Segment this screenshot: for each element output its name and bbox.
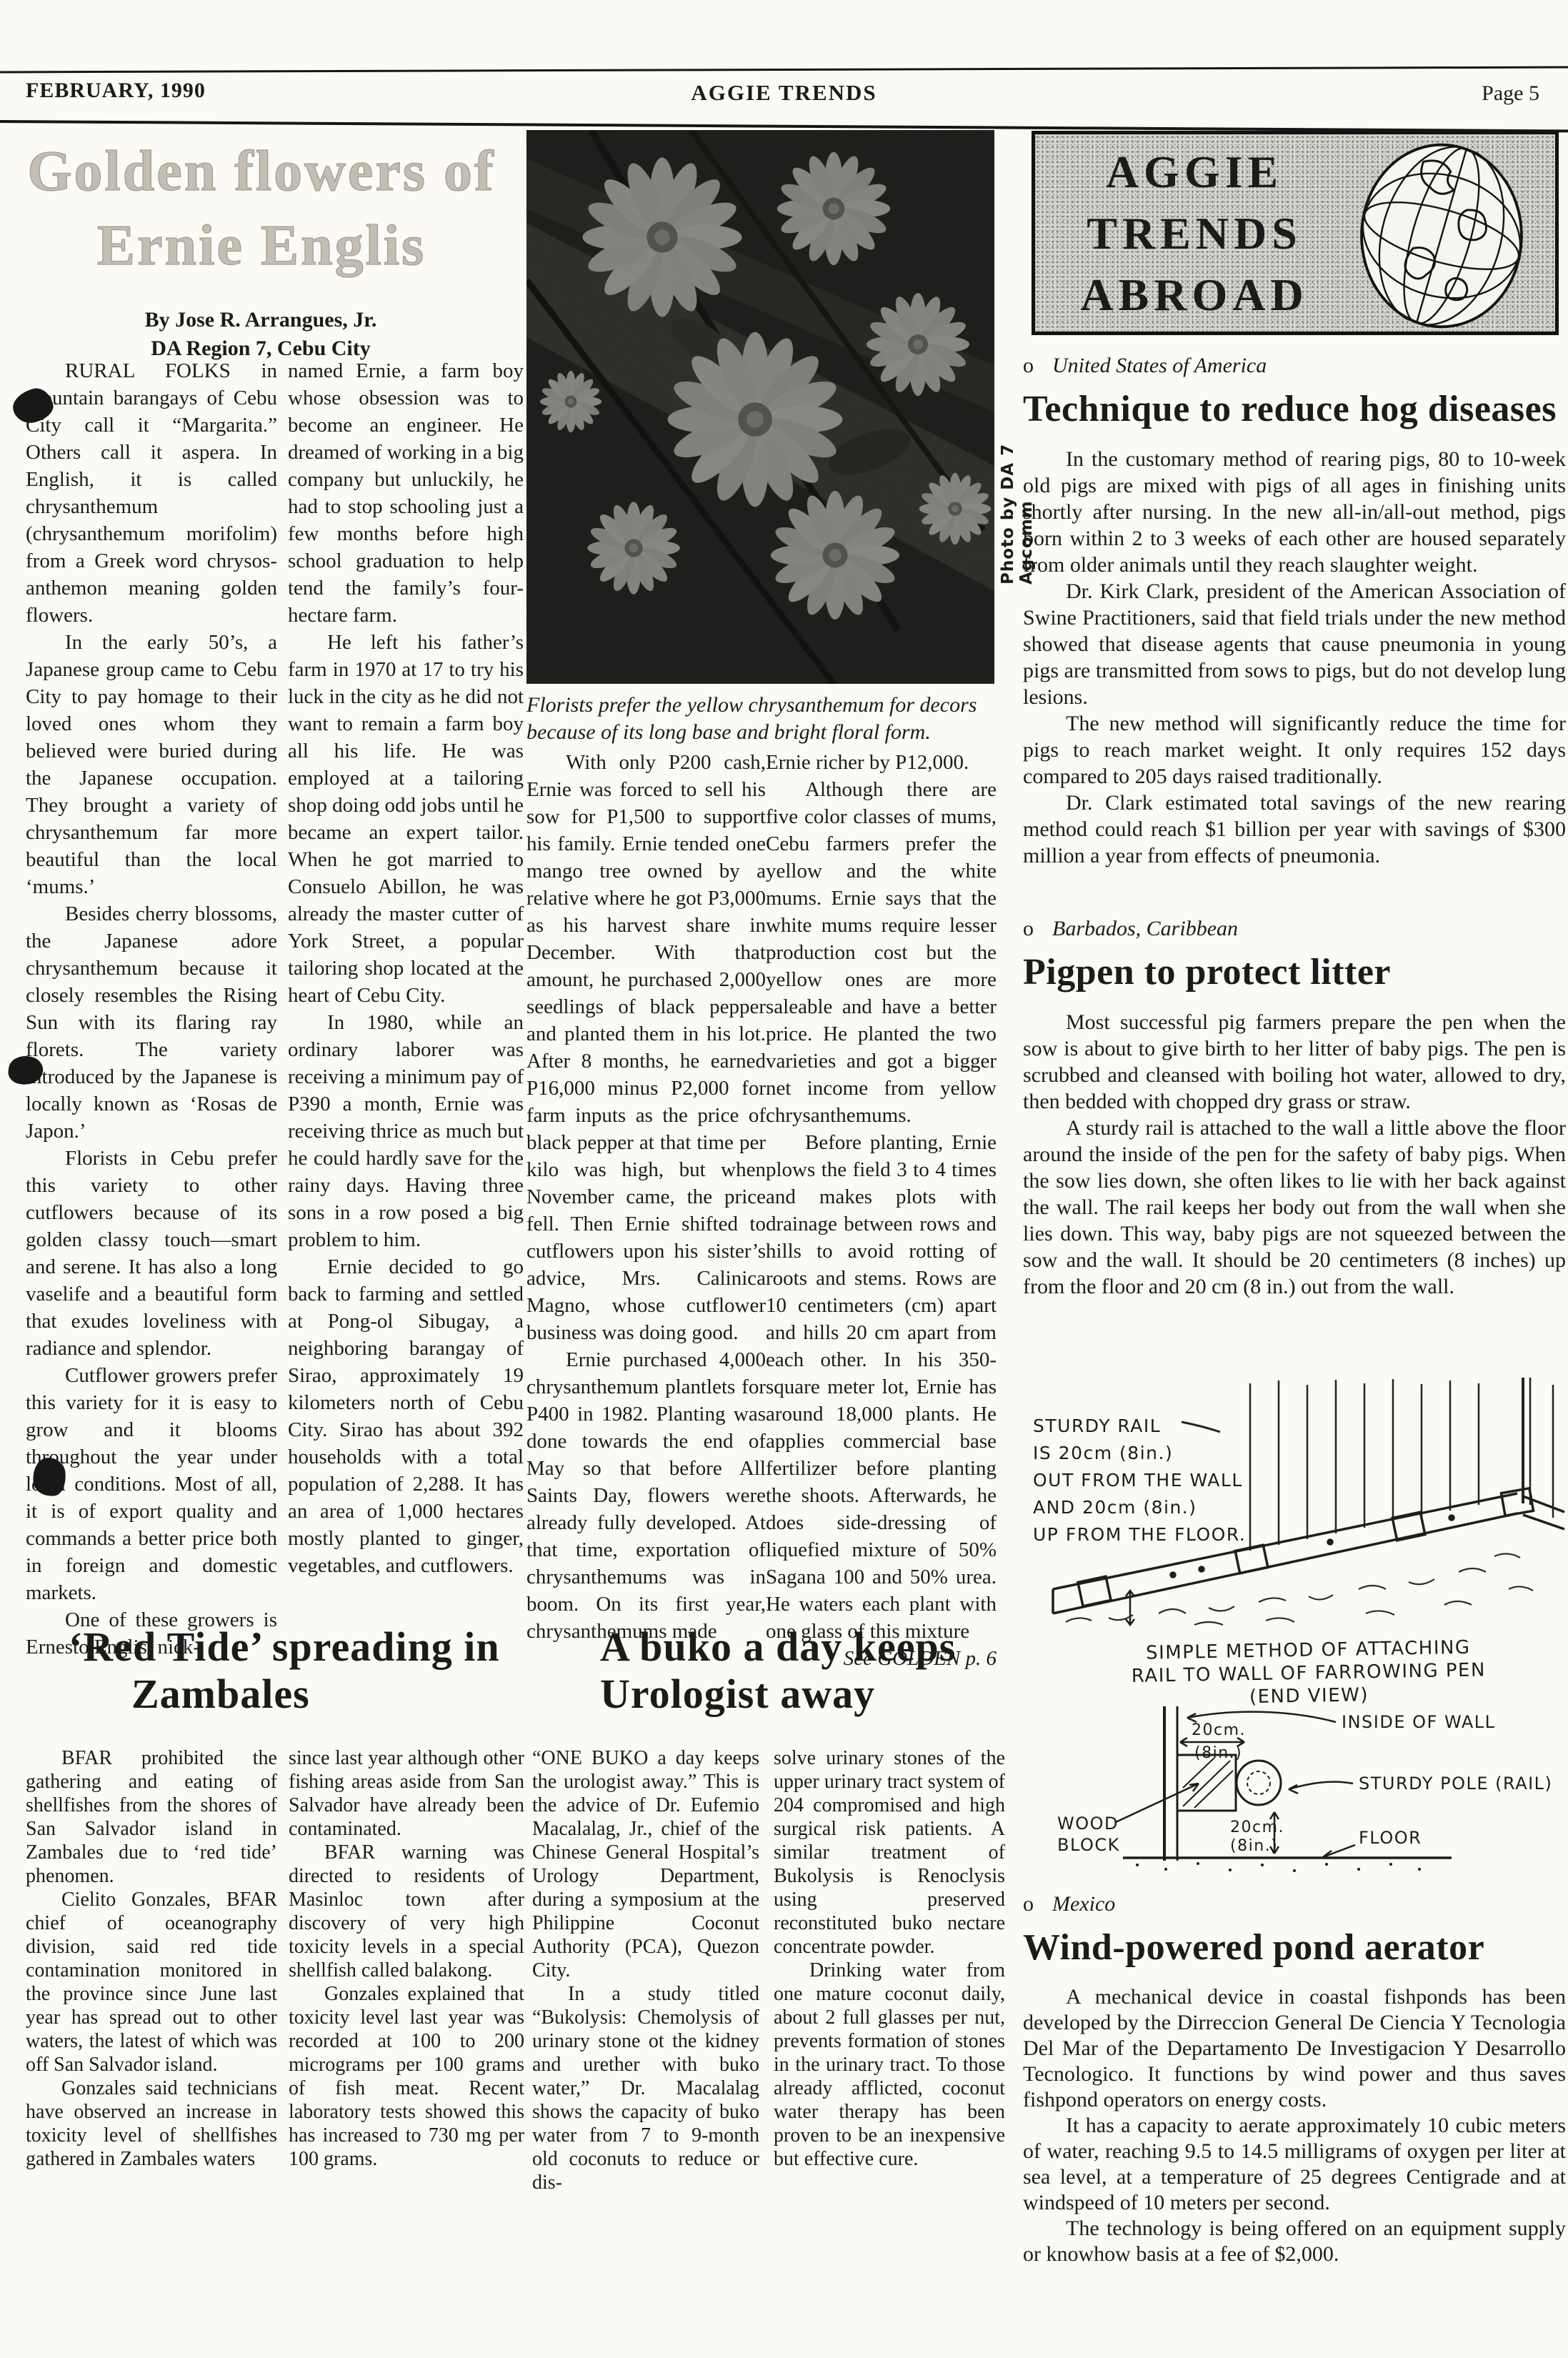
article-paragraph: Ernie purchased 4,000 chrysanthemum plan… <box>526 1346 766 1645</box>
headline-line2: Zambales <box>131 1671 526 1718</box>
label-sturdy-pole: STURDY POLE (RAIL) <box>1359 1774 1552 1794</box>
lead-column-2: named Ernie, a farm boy whose obsession … <box>288 357 524 1579</box>
newspaper-page: FEBRUARY, 1990 AGGIE TRENDS Page 5 Golde… <box>0 0 1568 2358</box>
annotation-line: AND 20cm (8in.) <box>1033 1497 1197 1518</box>
lead-column-3: With only P200 cash, Ernie was forced to… <box>526 749 766 1645</box>
article-paragraph: With only P200 cash, Ernie was forced to… <box>526 749 766 1346</box>
article-paragraph: A sturdy rail is attached to the wall a … <box>1023 1115 1566 1300</box>
masthead-rule-top <box>0 66 1568 74</box>
article-buko: A buko a day keeps Urologist away “ONE B… <box>532 1623 1007 1718</box>
article-paragraph: RURAL FOLKS in mountain barangays of Ceb… <box>26 357 277 629</box>
article-paragraph: The new method will significantly reduce… <box>1023 710 1566 790</box>
end-view-caption: SIMPLE METHOD OF ATTACHING RAIL TO WALL … <box>1131 1636 1487 1710</box>
ground-speckles <box>1136 1862 1421 1872</box>
chrysanthemum-photo-art <box>526 130 994 684</box>
straw-bedding-strokes <box>1066 1553 1533 1625</box>
pen-wall-planks <box>1250 1378 1553 1551</box>
lead-headline-line2: Ernie Englis <box>26 209 497 283</box>
lead-column-1: RURAL FOLKS in mountain barangays of Ceb… <box>26 357 277 1661</box>
dimension-vertical: (8in.) <box>1230 1837 1278 1855</box>
globe-icon <box>1338 139 1545 333</box>
article-paragraph: Drinking water from one mature coconut d… <box>774 1959 1005 2171</box>
article-paragraph: Ernie richer by P12,000. <box>766 749 997 776</box>
red-tide-column-1: BFAR prohibited the gathering and eating… <box>26 1746 277 2171</box>
article-paragraph: “ONE BUKO a day keeps the urologist away… <box>532 1746 759 1982</box>
farrowing-pen-end-view: SIMPLE METHOD OF ATTACHING RAIL TO WALL … <box>1023 1635 1567 1884</box>
abroad-title-line3: ABROAD <box>1041 264 1348 326</box>
lead-headline: Golden flowers of Ernie Englis <box>26 134 497 283</box>
article-paragraph: Ernie decided to go back to farming and … <box>288 1253 524 1579</box>
article-headline: A buko a day keeps Urologist away <box>600 1623 1007 1718</box>
article-paragraph: Dr. Clark estimated total savings of the… <box>1023 790 1566 869</box>
article-paragraph: The technology is being offered on an eq… <box>1023 2216 1566 2267</box>
annotation-line: UP FROM THE FLOOR. <box>1033 1524 1246 1545</box>
article-headline: Technique to reduce hog diseases <box>1023 388 1566 430</box>
dimension-horizontal: 20cm. <box>1192 1721 1246 1739</box>
article-paragraph: In a study titled “Bukolysis: Chemolysis… <box>532 1982 759 2194</box>
article-paragraph: BFAR warning was directed to residents o… <box>289 1841 524 1982</box>
article-headline: Wind-powered pond aerator <box>1023 1926 1566 1969</box>
dateline: oMexico <box>1023 1892 1566 1916</box>
annotation-line: STURDY RAIL <box>1033 1416 1161 1436</box>
photo-caption: Florists prefer the yellow chrysanthemum… <box>526 692 997 746</box>
article-red-tide: ‘Red Tide’ spreading in Zambales BFAR pr… <box>26 1623 526 1718</box>
buko-column-2: solve urinary stones of the upper urinar… <box>774 1746 1005 2171</box>
lead-headline-line1: Golden flowers of <box>26 134 497 209</box>
article-headline: ‘Red Tide’ spreading in Zambales <box>69 1623 526 1718</box>
article-paragraph: named Ernie, a farm boy whose obsession … <box>288 357 524 629</box>
article-paragraph: Cielito Gonzales, BFAR chief of oceanogr… <box>26 1888 277 2076</box>
article-pond-aerator: oMexico Wind-powered pond aerator A mech… <box>1023 1892 1566 2267</box>
article-pigpen: oBarbados, Caribbean Pigpen to protect l… <box>1023 917 1566 1300</box>
byline-author: By Jose R. Arrangues, Jr. <box>43 306 479 334</box>
rail-sketch-annotation: STURDY RAIL IS 20cm (8in.) OUT FROM THE … <box>1033 1416 1246 1545</box>
chrysanthemum-photo <box>526 130 994 684</box>
article-paragraph: Before planting, Ernie plows the field 3… <box>766 1129 997 1645</box>
caption-line: (END VIEW) <box>1249 1684 1369 1708</box>
masthead-page-number: Page 5 <box>1482 81 1539 106</box>
article-paragraph: Besides cherry blossoms, the Japanese ad… <box>26 900 277 1145</box>
buko-column-1: “ONE BUKO a day keeps the urologist away… <box>532 1746 759 2194</box>
dateline-marker: o <box>1023 917 1034 940</box>
article-hog-diseases: oUnited States of America Technique to r… <box>1023 354 1566 869</box>
article-paragraph: Most successful pig farmers prepare the … <box>1023 1009 1566 1115</box>
abroad-title-line1: AGGIE <box>1041 141 1348 203</box>
end-view-labels: INSIDE OF WALL STURDY POLE (RAIL) WOOD B… <box>1057 1712 1552 1855</box>
dateline-place: United States of America <box>1052 354 1267 377</box>
caption-line: RAIL TO WALL OF FARROWING PEN <box>1132 1659 1487 1687</box>
article-paragraph: A mechanical device in coastal fishponds… <box>1023 1984 1566 2113</box>
byline: By Jose R. Arrangues, Jr. DA Region 7, C… <box>43 306 479 363</box>
headline-line1: A buko a day keeps <box>600 1623 1007 1671</box>
article-body: A mechanical device in coastal fishponds… <box>1023 1984 1566 2267</box>
article-paragraph: Although there are five color classes of… <box>766 776 997 1129</box>
dimension-vertical: 20cm. <box>1230 1819 1284 1836</box>
article-paragraph: In the customary method of rearing pigs,… <box>1023 446 1566 578</box>
aggie-trends-abroad-box: AGGIE TRENDS ABROAD <box>1032 131 1559 335</box>
abroad-title-line2: TRENDS <box>1041 203 1348 264</box>
label-wood-block: WOOD <box>1057 1814 1119 1834</box>
red-tide-column-2: since last year although other fishing a… <box>289 1746 524 2171</box>
lead-column-4: Ernie richer by P12,000. Although there … <box>766 749 997 1672</box>
article-body: In the customary method of rearing pigs,… <box>1023 446 1566 869</box>
dimension-horizontal: (8in.) <box>1194 1744 1242 1762</box>
article-paragraph: since last year although other fishing a… <box>289 1746 524 1841</box>
article-paragraph: solve urinary stones of the upper urinar… <box>774 1746 1005 1959</box>
dateline: oBarbados, Caribbean <box>1023 917 1566 941</box>
label-inside-of-wall: INSIDE OF WALL <box>1342 1712 1496 1732</box>
annotation-line: OUT FROM THE WALL <box>1033 1470 1243 1491</box>
article-paragraph: Gonzales explained that toxicity level l… <box>289 1982 524 2171</box>
article-paragraph: BFAR prohibited the gathering and eating… <box>26 1746 277 1888</box>
label-wood-block: BLOCK <box>1057 1835 1120 1855</box>
article-paragraph: He left his father’s farm in 1970 at 17 … <box>288 629 524 1009</box>
dateline-place: Barbados, Caribbean <box>1052 917 1238 940</box>
article-headline: Pigpen to protect litter <box>1023 951 1566 993</box>
article-paragraph: Gonzales said technicians have observed … <box>26 2076 277 2171</box>
masthead-title: AGGIE TRENDS <box>0 80 1568 106</box>
article-paragraph: It has a capacity to aerate approximatel… <box>1023 2113 1566 2216</box>
annotation-connector <box>1182 1422 1220 1432</box>
annotation-line: IS 20cm (8in.) <box>1033 1443 1173 1463</box>
article-body: Most successful pig farmers prepare the … <box>1023 1009 1566 1300</box>
dateline-marker: o <box>1023 1892 1034 1916</box>
article-paragraph: In the early 50’s, a Japanese group came… <box>26 629 277 900</box>
article-paragraph: Dr. Kirk Clark, president of the America… <box>1023 578 1566 710</box>
headline-line2: Urologist away <box>600 1671 1007 1718</box>
label-floor: FLOOR <box>1359 1828 1422 1848</box>
pigpen-rail-sketch: STURDY RAIL IS 20cm (8in.) OUT FROM THE … <box>1023 1378 1567 1629</box>
dateline-place: Mexico <box>1052 1892 1115 1916</box>
dateline: oUnited States of America <box>1023 354 1566 378</box>
article-paragraph: In 1980, while an ordinary laborer was r… <box>288 1009 524 1253</box>
dateline-marker: o <box>1023 354 1034 377</box>
abroad-box-title: AGGIE TRENDS ABROAD <box>1041 141 1348 326</box>
headline-line1: ‘Red Tide’ spreading in <box>69 1623 526 1671</box>
article-paragraph: Florists in Cebu prefer this variety to … <box>26 1145 277 1362</box>
